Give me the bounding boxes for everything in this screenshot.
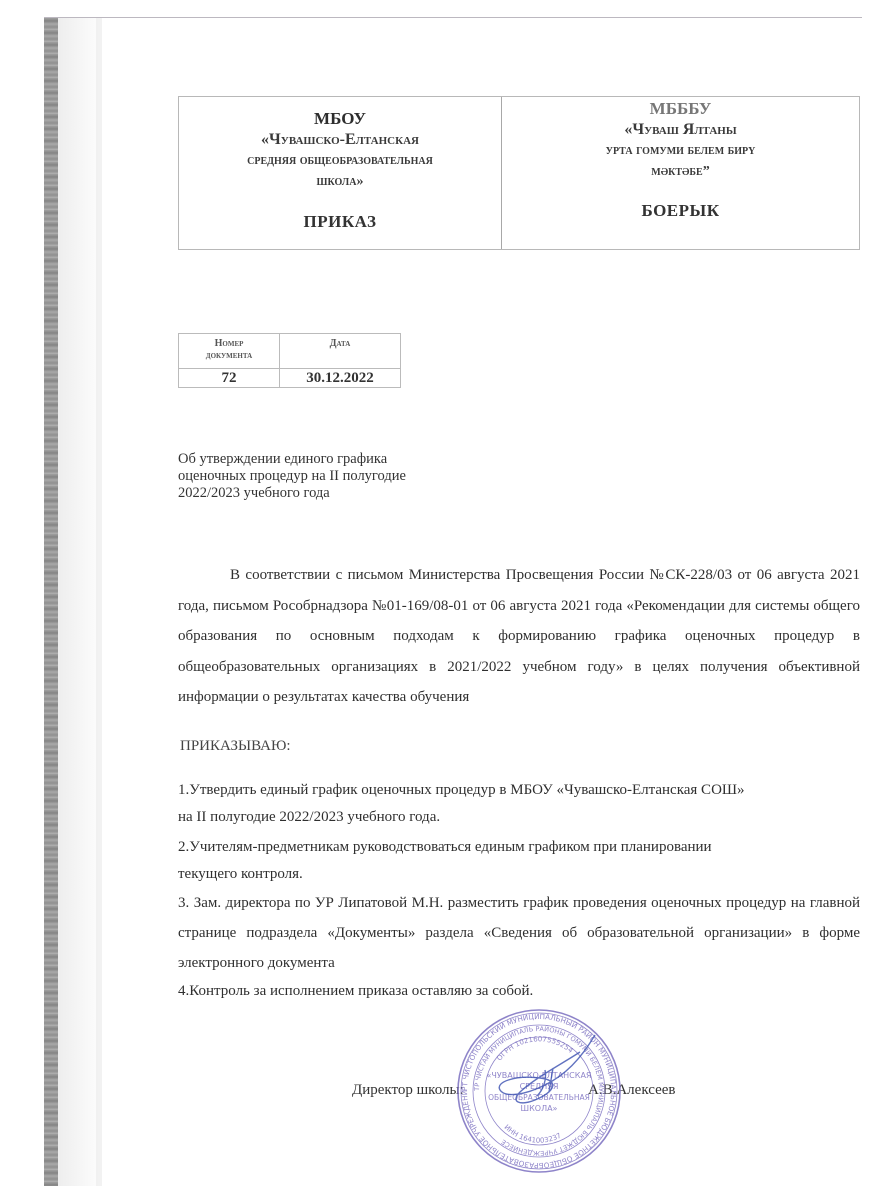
org-name-line2-ru: средняя общеобразовательная [179, 150, 501, 171]
org-abbr-ru: МБОУ [179, 109, 501, 129]
subject-line2: оценочных процедур на II полугодие [178, 468, 406, 485]
subject-line1: Об утверждении единого графика [178, 451, 406, 468]
order-item-1-line2: на II полугодие 2022/2023 учебного года. [178, 804, 860, 831]
preamble-paragraph: В соответствии с письмом Министерства Пр… [178, 560, 860, 713]
date-header: Дата [280, 334, 401, 369]
doc-number-value: 72 [179, 369, 280, 388]
scan-top-edge [44, 17, 862, 18]
doc-number-table: Номер документа Дата 72 30.12.2022 [178, 333, 401, 388]
date-header-label: Дата [280, 338, 400, 350]
doc-type-tt: БОЕРЫК [502, 201, 859, 221]
order-item-2-line1: 2.Учителям-предметникам руководствоватьс… [178, 834, 860, 861]
doc-date-value: 30.12.2022 [280, 369, 401, 388]
order-item-4: 4.Контроль за исполнением приказа оставл… [178, 978, 860, 1005]
letterhead-tatar: МБББУ «Чуваш Ялтаны урта гомуми белем би… [502, 97, 859, 249]
org-name-line1-ru: «Чувашско-Елтанская [179, 129, 501, 150]
order-subject: Об утверждении единого графика оценочных… [178, 451, 406, 502]
letterhead-table: МБОУ «Чувашско-Елтанская средняя общеобр… [178, 96, 860, 250]
org-name-line3-ru: школа» [179, 171, 501, 192]
order-item-2: 2.Учителям-предметникам руководствоватьс… [178, 834, 860, 888]
org-name-line2-tt: урта гомуми белем бирү [502, 140, 859, 161]
order-item-3: 3. Зам. директора по УР Липатовой М.Н. р… [178, 888, 860, 978]
org-name-line1-tt: «Чуваш Ялтаны [502, 119, 859, 140]
org-name-line3-tt: мәктәбе” [502, 161, 859, 182]
org-abbr-tt: МБББУ [502, 99, 859, 119]
signature-role: Директор школы: [352, 1082, 464, 1099]
order-item-2-line2: текущего контроля. [178, 861, 860, 888]
subject-line3: 2022/2023 учебного года [178, 485, 406, 502]
doc-type-ru: ПРИКАЗ [179, 212, 501, 232]
handwritten-signature [485, 1030, 615, 1110]
order-items: 1.Утвердить единый график оценочных проц… [178, 777, 860, 1005]
order-word: ПРИКАЗЫВАЮ: [180, 738, 291, 755]
doc-number-header-line1: Номер [179, 338, 279, 350]
doc-number-header: Номер документа [179, 334, 280, 369]
scan-shadow [58, 18, 98, 1186]
order-item-1-line1: 1.Утвердить единый график оценочных проц… [178, 777, 860, 804]
stamp-inn: ИНН 1641003237 [503, 1123, 563, 1145]
order-item-1: 1.Утвердить единый график оценочных проц… [178, 777, 860, 831]
scan-faint-strip [96, 18, 102, 1186]
doc-number-header-line2: документа [179, 350, 279, 362]
scan-left-edge-strip [44, 18, 58, 1186]
letterhead-russian: МБОУ «Чувашско-Елтанская средняя общеобр… [179, 97, 502, 249]
